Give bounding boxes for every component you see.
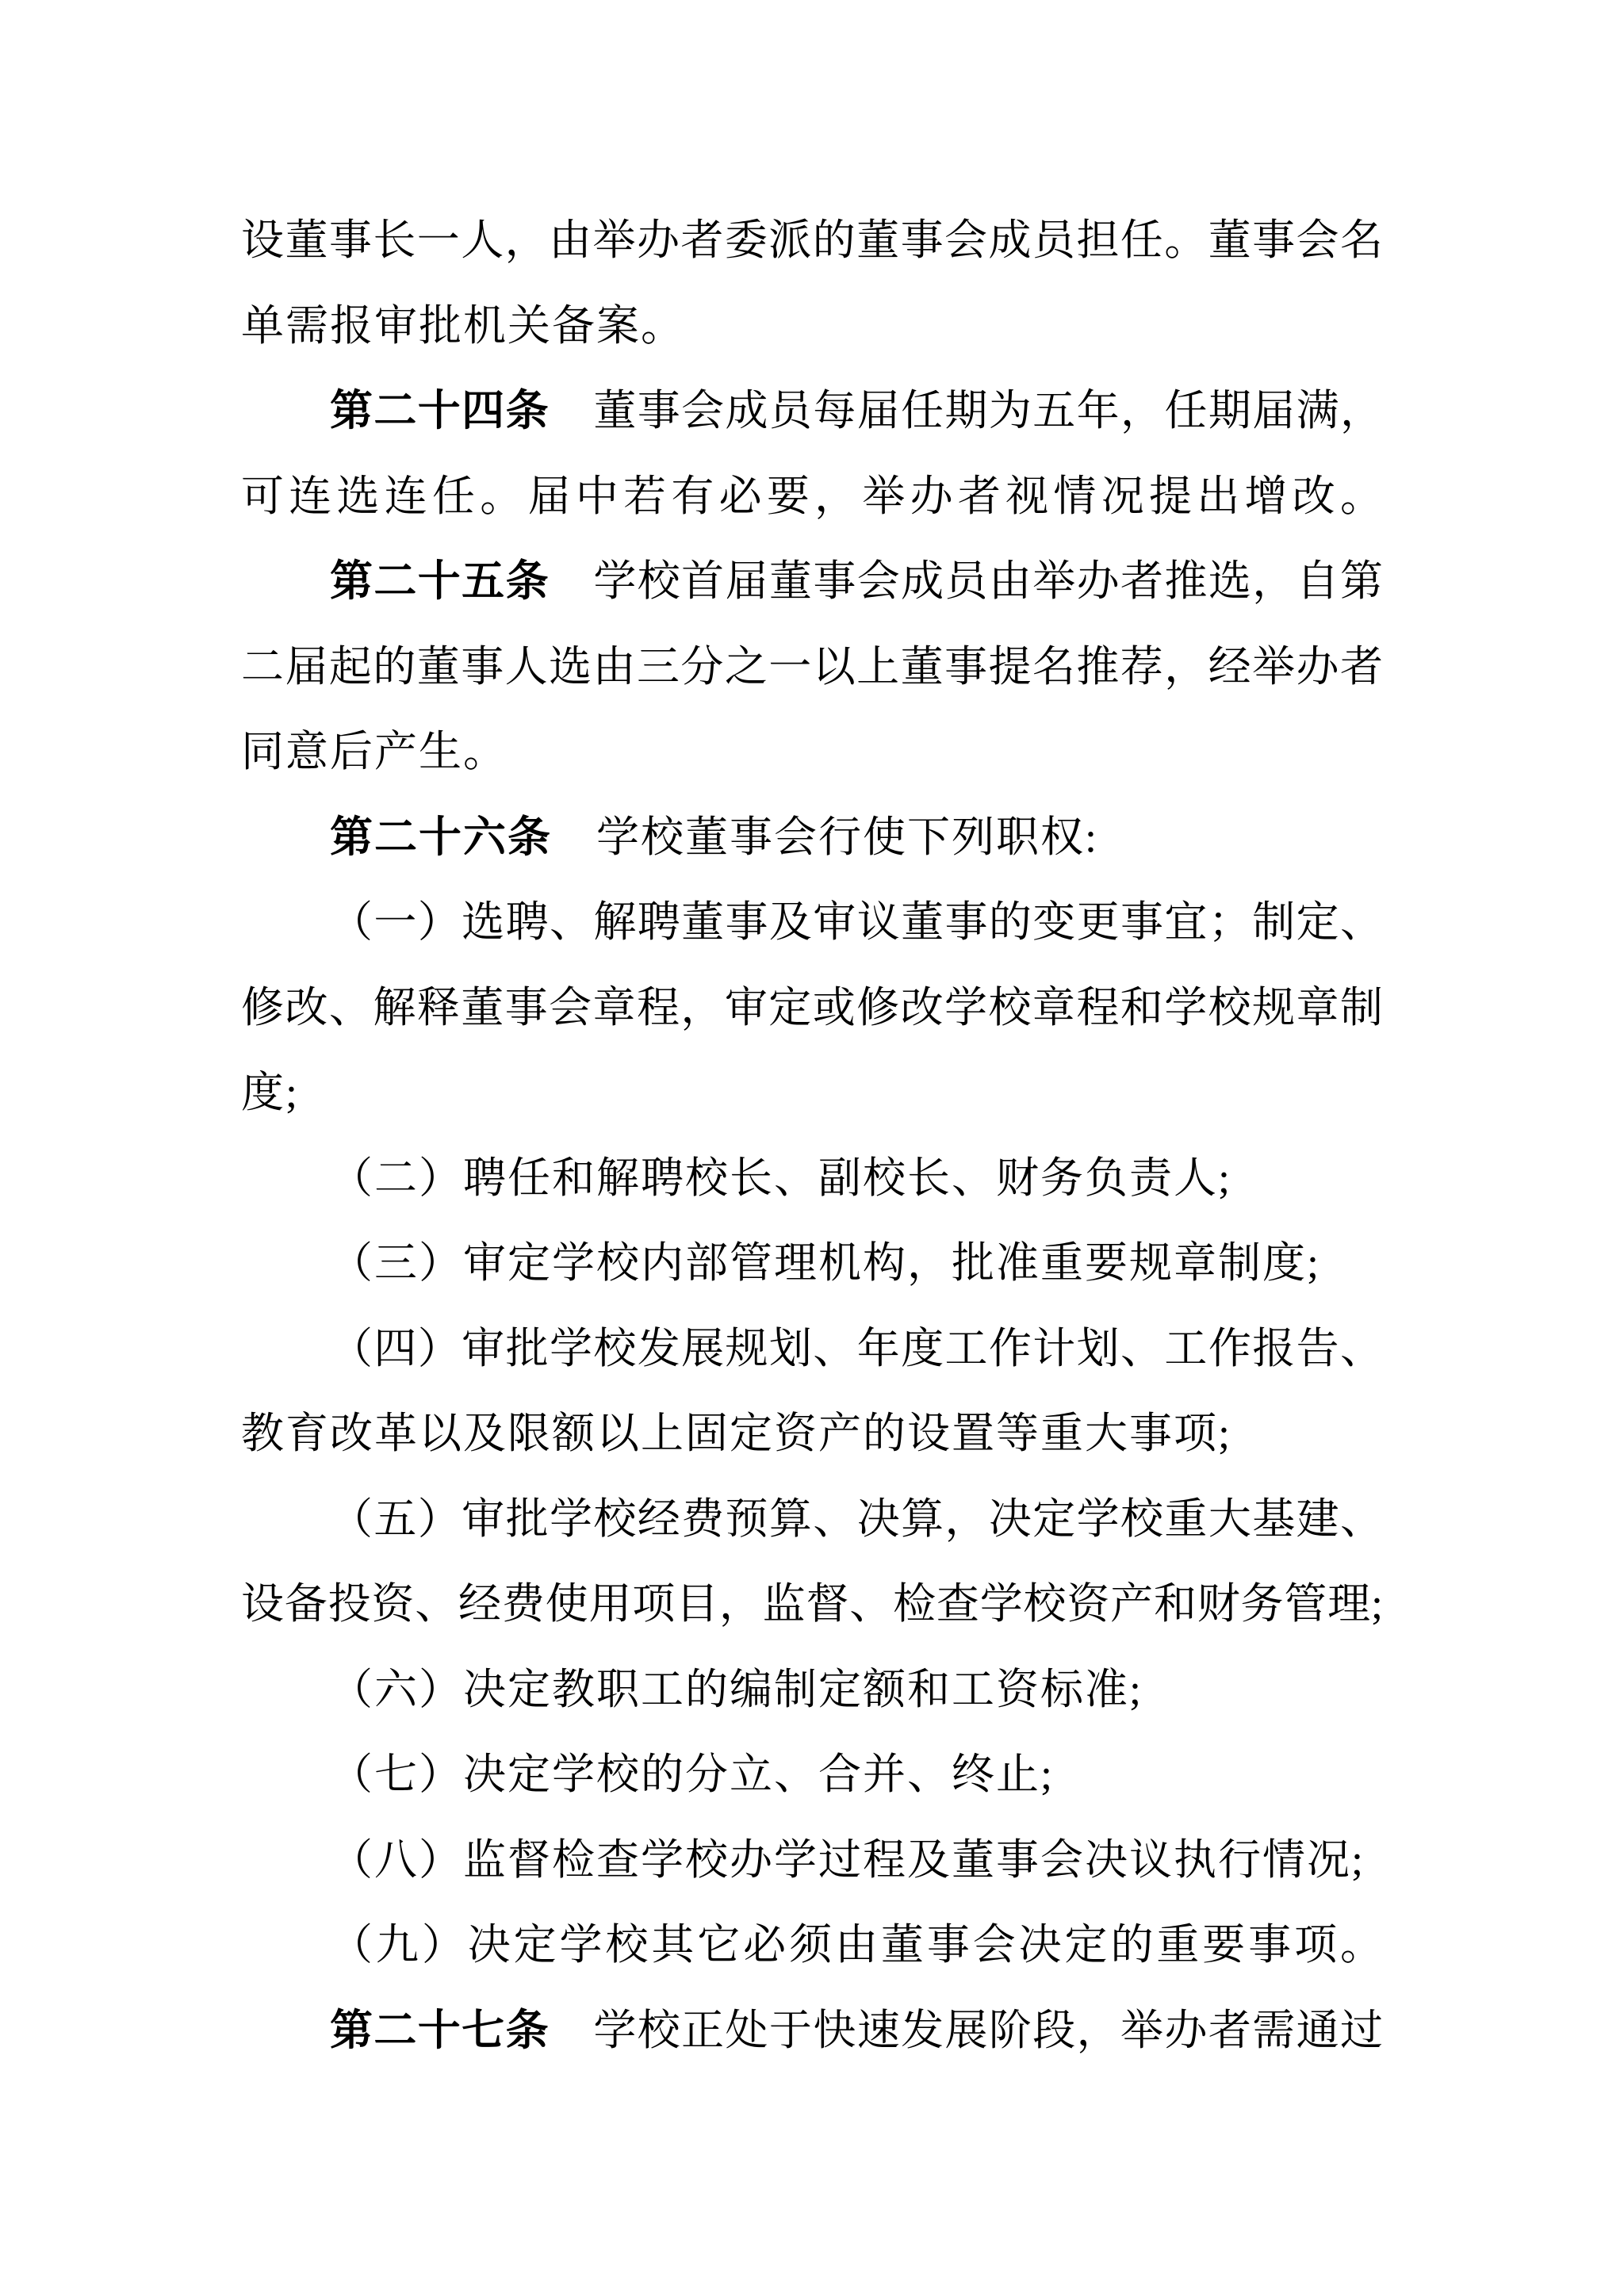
text-line: （二）聘任和解聘校长、副校长、财务负责人; (241, 1136, 1383, 1222)
body-text: （三）审定学校内部管理机构，批准重要规章制度; (330, 1239, 1320, 1287)
article-number-text: 第二十五条 (330, 557, 550, 605)
text-line: （八）监督检查学校办学过程及董事会决议执行情况; (241, 1818, 1383, 1904)
text-line: 第二十四条 董事会成员每届任期为五年，任期届满， (241, 369, 1383, 454)
body-text: 单需报审批机关备案。 (241, 302, 685, 350)
text-line: 二届起的董事人选由三分之一以上董事提名推荐，经举办者 (241, 625, 1383, 710)
body-text: 学校董事会行使下列职权: (552, 813, 1098, 861)
text-line: 教育改革以及限额以上固定资产的设置等重大事项; (241, 1391, 1383, 1477)
text-line: （六）决定教职工的编制定额和工资标准; (241, 1647, 1383, 1733)
body-text: 同意后产生。 (241, 728, 507, 775)
text-line: （九）决定学校其它必须由董事会决定的重要事项。 (241, 1903, 1383, 1988)
body-text: （二）聘任和解聘校长、副校长、财务负责人; (330, 1154, 1231, 1202)
article-number-text: 第二十六条 (330, 813, 552, 861)
body-text: 度; (241, 1069, 299, 1116)
document-page: 设董事长一人，由举办者委派的董事会成员担任。董事会名单需报审批机关备案。第二十四… (0, 0, 1624, 2296)
document-body: 设董事长一人，由举办者委派的董事会成员担任。董事会名单需报审批机关备案。第二十四… (241, 198, 1383, 2073)
text-line: （五）审批学校经费预算、决算，决定学校重大基建、 (241, 1477, 1383, 1563)
text-line: 第二十五条 学校首届董事会成员由举办者推选，自第 (241, 539, 1383, 625)
body-text: 设备投资、经费使用项目，监督、检查学校资产和财务管理; (241, 1580, 1383, 1628)
body-text: 学校正处于快速发展阶段，举办者需通过 (550, 2007, 1383, 2054)
body-text: 二届起的董事人选由三分之一以上董事提名推荐，经举办者 (241, 643, 1383, 691)
text-line: 修改、解释董事会章程，审定或修改学校章程和学校规章制 (241, 966, 1383, 1051)
text-line: （四）审批学校发展规划、年度工作计划、工作报告、 (241, 1307, 1383, 1392)
body-text: （七）决定学校的分立、合并、终止; (330, 1751, 1054, 1798)
text-line: （三）审定学校内部管理机构，批准重要规章制度; (241, 1221, 1383, 1307)
text-line: （一）选聘、解聘董事及审议董事的变更事宜；制定、 (241, 880, 1383, 966)
body-text: （六）决定教职工的编制定额和工资标准; (330, 1666, 1143, 1713)
body-text: （八）监督检查学校办学过程及董事会决议执行情况; (330, 1836, 1365, 1884)
text-line: 度; (241, 1050, 1383, 1136)
text-line: 可连选连任。届中若有必要，举办者视情况提出增改。 (241, 454, 1383, 540)
body-text: 可连选连任。届中若有必要，举办者视情况提出增改。 (241, 473, 1383, 520)
body-text: （五）审批学校经费预算、决算，决定学校重大基建、 (330, 1495, 1383, 1543)
body-text: （九）决定学校其它必须由董事会决定的重要事项。 (330, 1921, 1383, 1969)
article-number-text: 第二十七条 (330, 2007, 550, 2054)
text-line: 单需报审批机关备案。 (241, 284, 1383, 369)
body-text: 设董事长一人，由举办者委派的董事会成员担任。董事会名 (241, 216, 1383, 264)
text-line: 第二十六条 学校董事会行使下列职权: (241, 795, 1383, 881)
text-line: 第二十七条 学校正处于快速发展阶段，举办者需通过 (241, 1988, 1383, 2074)
body-text: 修改、解释董事会章程，审定或修改学校章程和学校规章制 (241, 984, 1383, 1031)
body-text: 董事会成员每届任期为五年，任期届满， (550, 387, 1383, 434)
body-text: 学校首届董事会成员由举办者推选，自第 (550, 557, 1383, 605)
body-text: （四）审批学校发展规划、年度工作计划、工作报告、 (330, 1325, 1383, 1372)
text-line: 设备投资、经费使用项目，监督、检查学校资产和财务管理; (241, 1562, 1383, 1647)
text-line: 设董事长一人，由举办者委派的董事会成员担任。董事会名 (241, 198, 1383, 284)
text-line: 同意后产生。 (241, 710, 1383, 795)
text-line: （七）决定学校的分立、合并、终止; (241, 1732, 1383, 1818)
body-text: （一）选聘、解聘董事及审议董事的变更事宜；制定、 (330, 898, 1383, 946)
body-text: 教育改革以及限额以上固定资产的设置等重大事项; (241, 1410, 1231, 1457)
article-number-text: 第二十四条 (330, 387, 550, 434)
